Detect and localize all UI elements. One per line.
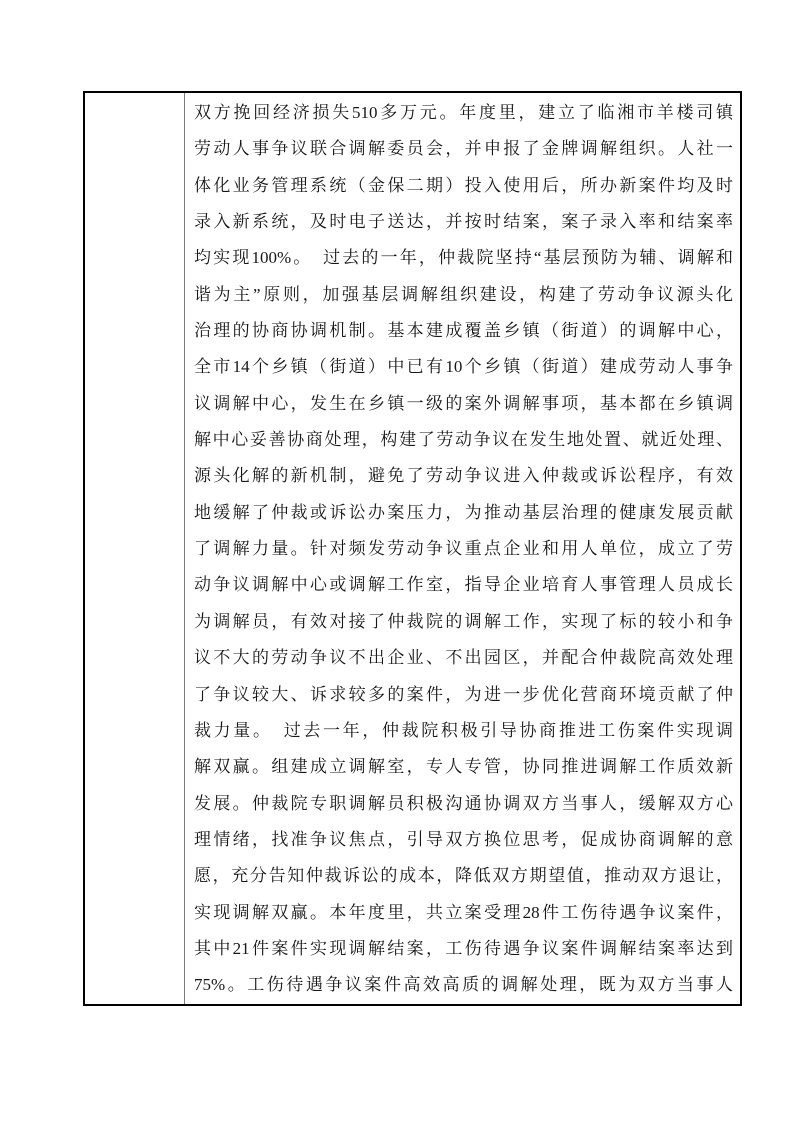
text-line: 其中21件案件实现调解结案，工伤待遇争议案件调解结案率达到 <box>194 931 733 967</box>
text-line: 议不大的劳动争议不出企业、不出园区，并配合仲裁院高效处理 <box>194 640 733 676</box>
text-line: 了争议较大、诉求较多的案件，为进一步优化营商环境贡献了仲 <box>194 677 733 713</box>
text-line: 愿，充分告知仲裁诉讼的成本，降低双方期望值，推动双方退让， <box>194 858 733 894</box>
text-line: 体化业务管理系统（金保二期）投入使用后，所办新案件均及时 <box>194 168 733 204</box>
text-line: 了调解力量。针对频发劳动争议重点企业和用人单位，成立了劳 <box>194 531 733 567</box>
text-line: 实现调解双赢。本年度里，共立案受理28件工伤待遇争议案件， <box>194 895 733 931</box>
text-line: 双方挽回经济损失510多万元。年度里，建立了临湘市羊楼司镇 <box>194 95 733 131</box>
text-line: 劳动人事争议联合调解委员会，并申报了金牌调解组织。人社一 <box>194 131 733 167</box>
text-line: 解双赢。组建成立调解室，专人专管，协同推进调解工作质效新 <box>194 749 733 785</box>
text-line: 发展。仲裁院专职调解员积极沟通协调双方当事人，缓解双方心 <box>194 786 733 822</box>
text-lines-container: 双方挽回经济损失510多万元。年度里，建立了临湘市羊楼司镇劳动人事争议联合调解委… <box>194 95 733 1004</box>
text-line: 治理的协商协调机制。基本建成覆盖乡镇（街道）的调解中心， <box>194 313 733 349</box>
text-line: 为调解员，有效对接了仲裁院的调解工作，实现了标的较小和争 <box>194 604 733 640</box>
document-page: 双方挽回经济损失510多万元。年度里，建立了临湘市羊楼司镇劳动人事争议联合调解委… <box>0 0 794 1122</box>
table-cell-left <box>85 93 185 1004</box>
text-line: 录入新系统，及时电子送达，并按时结案，案子录入率和结案率 <box>194 204 733 240</box>
text-line: 均实现100%。 过去的一年，仲裁院坚持“基层预防为辅、调解和 <box>194 240 733 276</box>
text-line: 解中心妥善协商处理，构建了劳动争议在发生地处置、就近处理、 <box>194 422 733 458</box>
text-line: 全市14个乡镇（街道）中已有10个乡镇（街道）建成劳动人事争 <box>194 349 733 385</box>
text-line: 75%。工伤待遇争议案件高效高质的调解处理，既为双方当事人 <box>194 967 733 1003</box>
text-line: 议调解中心，发生在乡镇一级的案外调解事项，基本都在乡镇调 <box>194 386 733 422</box>
content-table: 双方挽回经济损失510多万元。年度里，建立了临湘市羊楼司镇劳动人事争议联合调解委… <box>83 91 742 1006</box>
text-line: 谐为主”原则，加强基层调解组织建设，构建了劳动争议源头化 <box>194 277 733 313</box>
table-cell-body: 双方挽回经济损失510多万元。年度里，建立了临湘市羊楼司镇劳动人事争议联合调解委… <box>185 93 740 1004</box>
text-line: 裁力量。 过去一年，仲裁院积极引导协商推进工伤案件实现调 <box>194 713 733 749</box>
text-line: 理情绪，找准争议焦点，引导双方换位思考，促成协商调解的意 <box>194 822 733 858</box>
text-line: 地缓解了仲裁或诉讼办案压力，为推动基层治理的健康发展贡献 <box>194 495 733 531</box>
text-line: 源头化解的新机制，避免了劳动争议进入仲裁或诉讼程序，有效 <box>194 458 733 494</box>
text-line: 动争议调解中心或调解工作室，指导企业培育人事管理人员成长 <box>194 567 733 603</box>
